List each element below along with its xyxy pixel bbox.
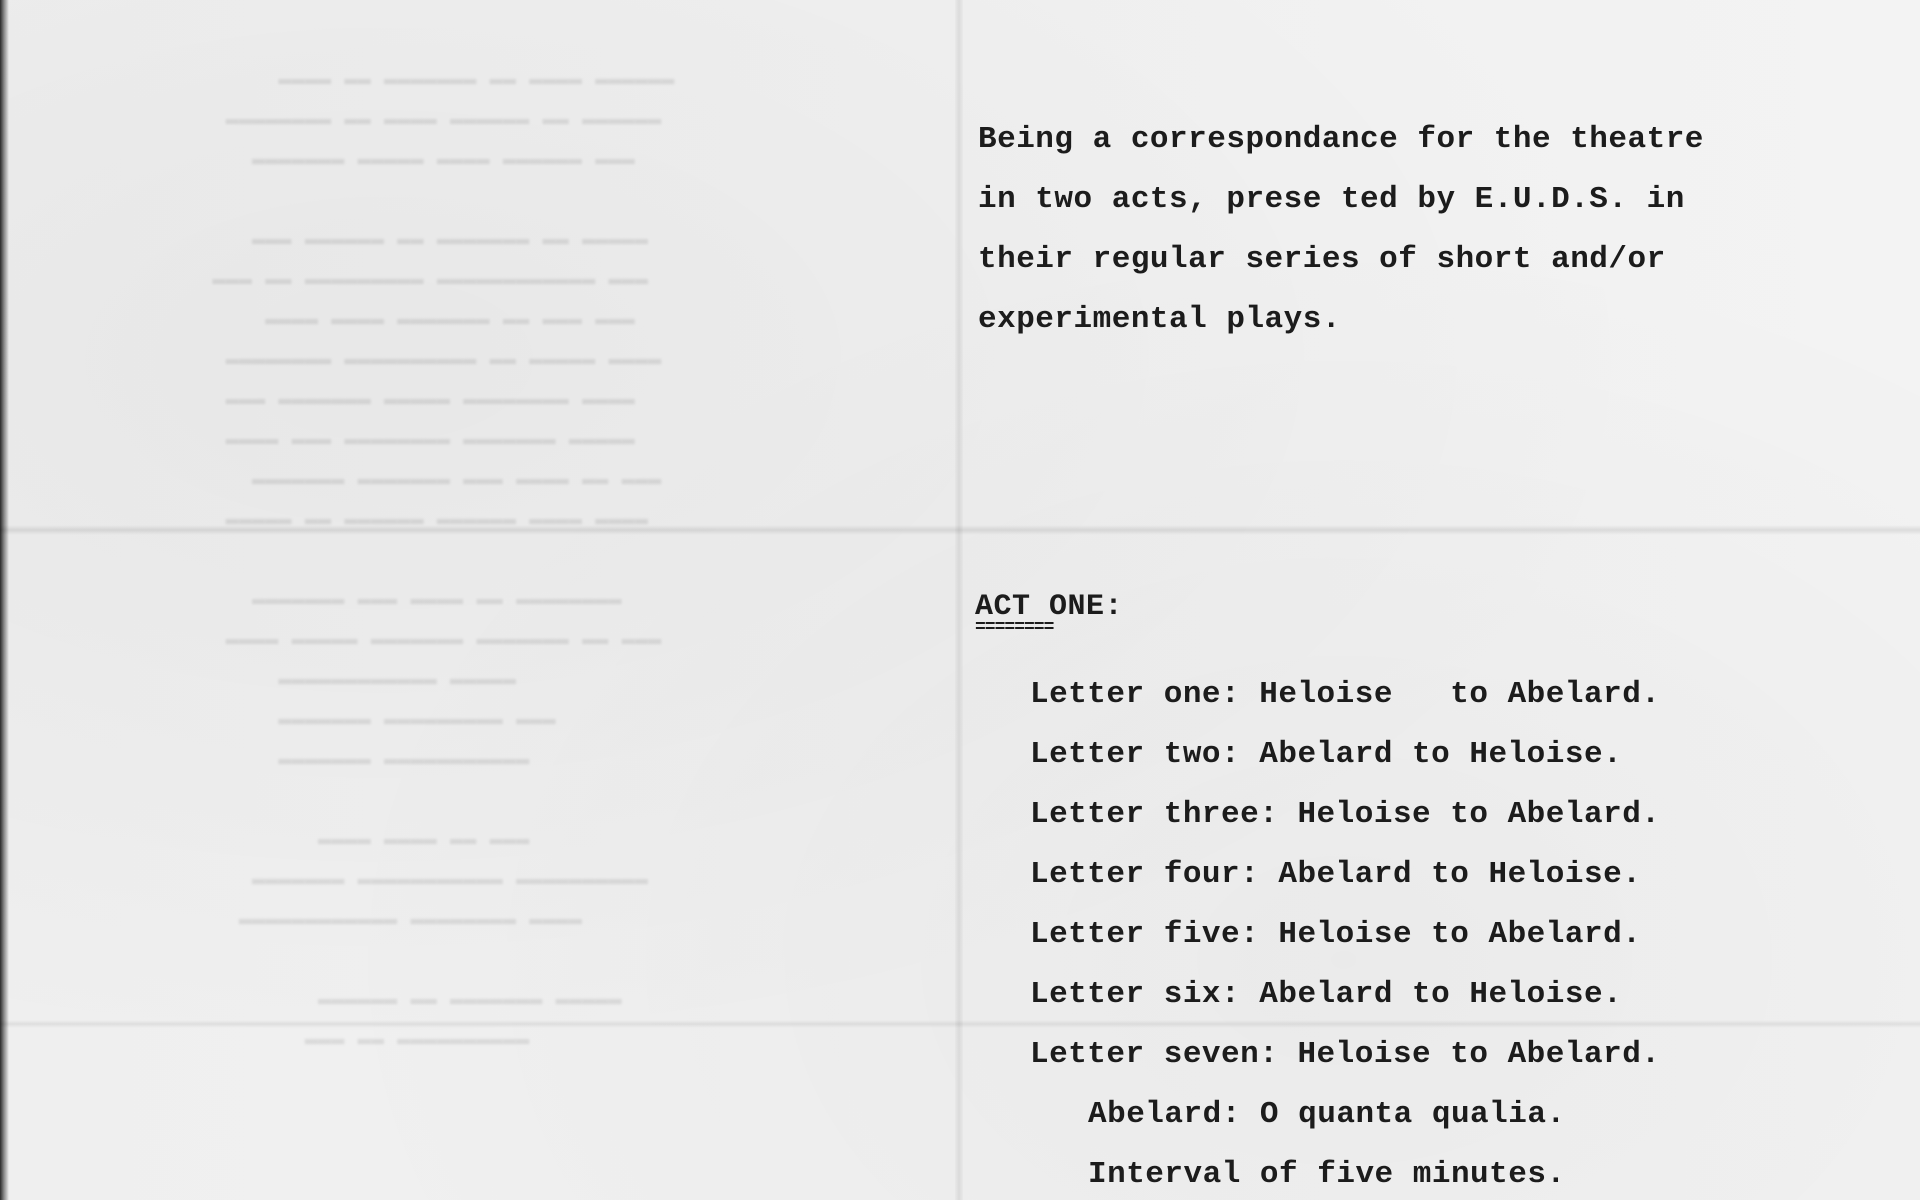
- intro-line: Being a correspondance for the theatre: [978, 110, 1858, 170]
- act-one-double-underline: ========: [975, 622, 1053, 634]
- letter-item: Letter six: Abelard to Heloise.: [1030, 965, 1850, 1025]
- programme-intro: Being a correspondance for the theatre i…: [978, 110, 1858, 350]
- bleed-through-text: ▬▬▬▬ ▬▬ ▬▬▬▬▬▬▬ ▬▬ ▬▬▬▬ ▬▬▬▬▬▬ ▬▬▬▬▬▬▬▬ …: [120, 20, 880, 1180]
- letter-item: Letter seven: Heloise to Abelard.: [1030, 1025, 1850, 1085]
- intro-line: experimental plays.: [978, 290, 1858, 350]
- letter-item: Letter one: Heloise to Abelard.: [1030, 665, 1850, 725]
- letter-item: Letter five: Heloise to Abelard.: [1030, 905, 1850, 965]
- song-item: Abelard: O quanta qualia.: [1030, 1085, 1850, 1145]
- interval-note: Interval of five minutes.: [1030, 1145, 1850, 1200]
- letter-item: Letter two: Abelard to Heloise.: [1030, 725, 1850, 785]
- intro-line: in two acts, prese ted by E.U.D.S. in: [978, 170, 1858, 230]
- act-one-letter-list: Letter one: Heloise to Abelard. Letter t…: [1030, 665, 1850, 1200]
- letter-item: Letter three: Heloise to Abelard.: [1030, 785, 1850, 845]
- intro-line: their regular series of short and/or: [978, 230, 1858, 290]
- letter-item: Letter four: Abelard to Heloise.: [1030, 845, 1850, 905]
